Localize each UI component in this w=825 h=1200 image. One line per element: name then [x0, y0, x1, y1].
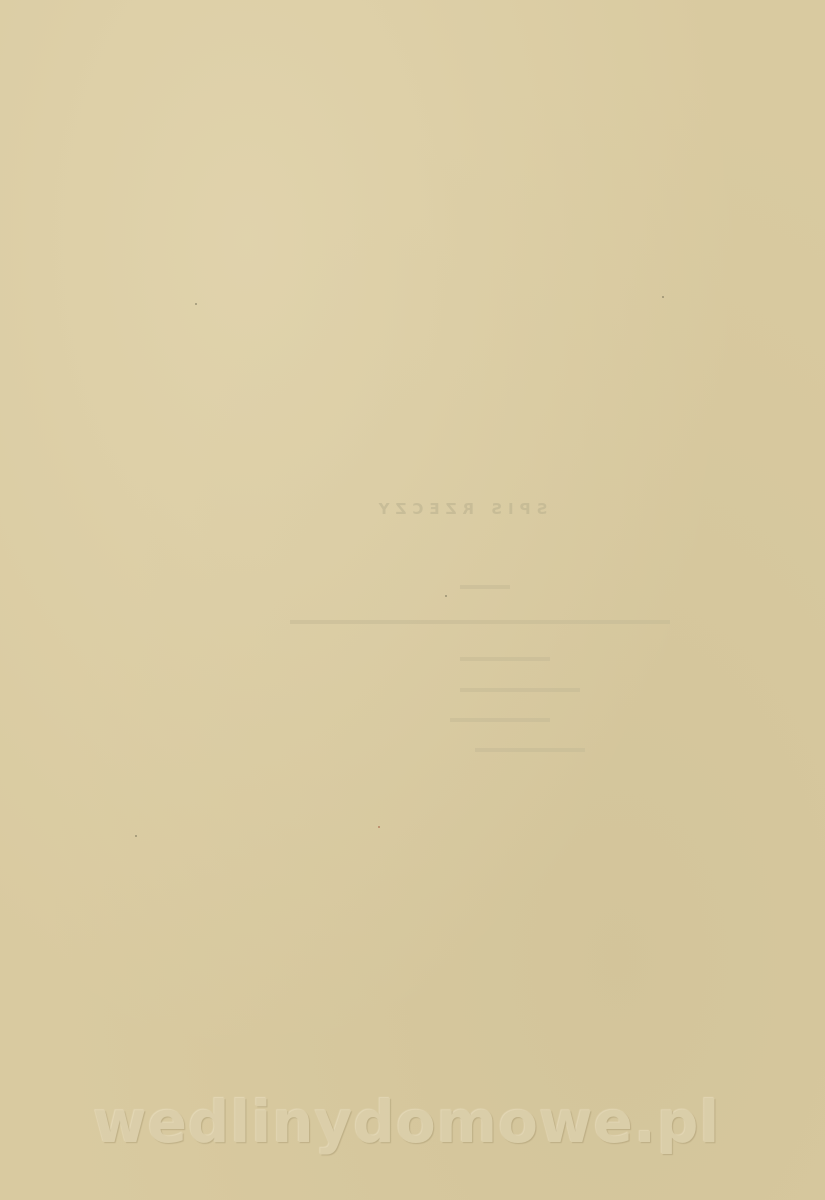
paper-speck	[662, 296, 664, 298]
bleed-through-line	[475, 748, 585, 752]
paper-speck	[195, 303, 197, 305]
paper-speck	[378, 826, 380, 828]
bleed-through-line	[460, 657, 550, 661]
bleed-through-line	[450, 718, 550, 722]
watermark: wedlinydomowe.pl	[93, 1088, 733, 1156]
scanned-page: SPIS RZECZY wedlinydomowe.pl	[0, 0, 825, 1200]
bleed-through-line	[460, 585, 510, 589]
bleed-through-title: SPIS RZECZY	[335, 500, 585, 518]
bleed-through-line	[290, 620, 670, 624]
paper-speck	[135, 835, 137, 837]
paper-speck	[445, 595, 447, 597]
bleed-through-line	[460, 688, 580, 692]
